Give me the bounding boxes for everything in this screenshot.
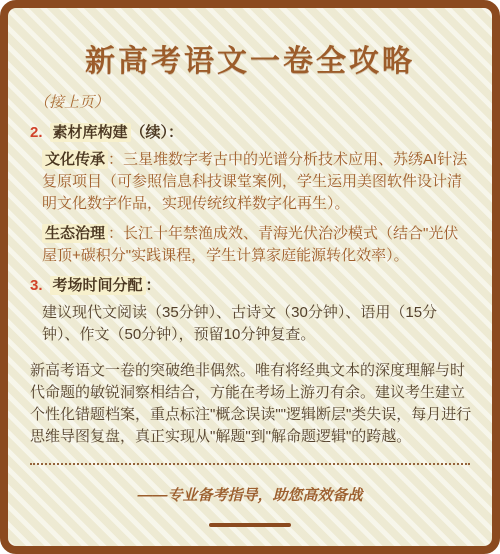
section-suffix: （续）： xyxy=(131,124,184,141)
section-number: 3. xyxy=(30,277,43,294)
list-item-time-suggestion: 建议现代文阅读（35分钟）、古诗文（30分钟）、语用（15分钟）、作文（50分钟… xyxy=(42,302,472,346)
conclusion-paragraph: 新高考语文一卷的突破绝非偶然。唯有将经典文本的深度理解与时代命题的敏锐洞察相结合… xyxy=(30,360,472,448)
section-heading-time-allocation: 3.考场时间分配： xyxy=(30,275,472,297)
section-label-highlight: 考场时间分配 xyxy=(50,276,146,295)
section-heading-material-library: 2.素材库构建（续）： xyxy=(30,122,472,144)
section-number: 2. xyxy=(30,124,43,141)
list-item-ecology: 生态治理：长江十年禁渔成效、青海光伏治沙模式（结合"光伏屋顶+碳积分"实践课程，… xyxy=(42,223,472,267)
item-label-highlight: 生态治理 xyxy=(42,224,108,243)
study-guide-card: 新高考语文一卷全攻略 （接上页） 2.素材库构建（续）： 文化传承：三星堆数字考… xyxy=(0,0,500,554)
page-title: 新高考语文一卷全攻略 xyxy=(28,44,472,80)
footer-tagline: ——专业备考指导，助您高效备战 xyxy=(28,485,472,507)
list-item-culture: 文化传承：三星堆数字考古中的光谱分析技术应用、苏绣AI针法复原项目（可参照信息科… xyxy=(42,149,472,215)
section-suffix: ： xyxy=(146,277,161,294)
item-label-highlight: 文化传承 xyxy=(42,150,108,169)
end-bar-decoration xyxy=(209,523,291,527)
section-label-highlight: 素材库构建 xyxy=(50,123,131,142)
continuation-note: （接上页） xyxy=(34,92,472,114)
dashed-divider xyxy=(30,463,470,465)
